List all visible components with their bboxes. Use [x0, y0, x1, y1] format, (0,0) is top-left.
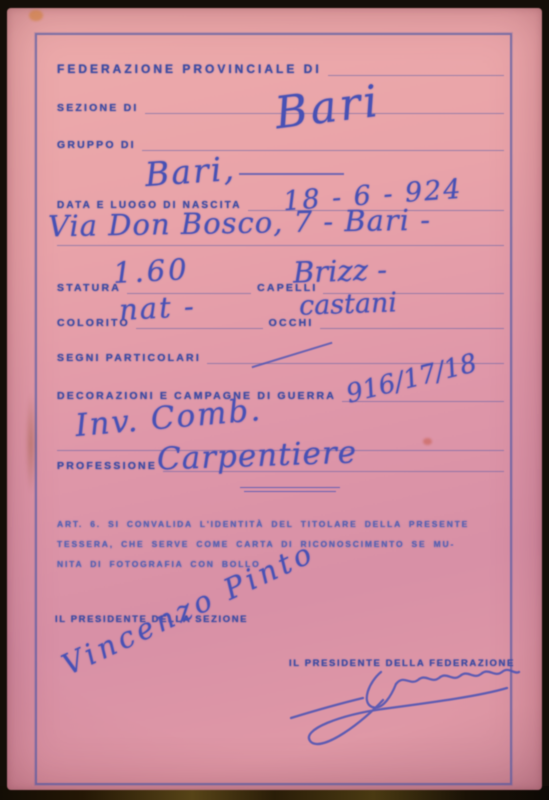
federation-blank-line	[328, 62, 504, 76]
decorations-row: DECORAZIONI E CAMPAGNE DI GUERRA	[57, 388, 504, 402]
stain-mark	[29, 10, 43, 21]
marks-label: SEGNI PARTICOLARI	[57, 352, 201, 364]
stain-mark	[23, 376, 39, 511]
eyes-value-handwriting: castani	[298, 287, 397, 321]
group-label: GRUPPO DI	[57, 139, 136, 151]
complexion-value-handwriting: nat -	[118, 289, 196, 327]
federation-president-signature	[285, 656, 525, 771]
height-value-handwriting: 1.60	[112, 252, 190, 290]
address-handwriting: Via Don Bosco, 7 - Bari -	[48, 203, 432, 244]
identity-card: FEDERAZIONE PROVINCIALE DI SEZIONE DI GR…	[7, 8, 542, 790]
height-label: STATURA	[57, 282, 121, 294]
legal-line-1: ART. 6. SI CONVALIDA L'IDENTITÀ DEL TITO…	[57, 519, 507, 529]
profession-flourish-underline	[244, 491, 336, 492]
profession-value-handwriting: Carpentiere	[156, 435, 357, 478]
hair-value-handwriting: Brizz -	[292, 252, 387, 289]
handwritten-dash	[239, 173, 344, 175]
federation-row: FEDERAZIONE PROVINCIALE DI	[57, 62, 504, 76]
profession-label: PROFESSIONE	[57, 460, 157, 472]
birth-place-handwriting: Bari,	[144, 149, 237, 194]
section-label: SEZIONE DI	[57, 102, 139, 114]
federation-label: FEDERAZIONE PROVINCIALE DI	[57, 62, 322, 76]
group-row: GRUPPO DI	[57, 137, 504, 151]
profession-flourish-underline	[240, 487, 340, 488]
group-blank-line	[142, 137, 504, 151]
